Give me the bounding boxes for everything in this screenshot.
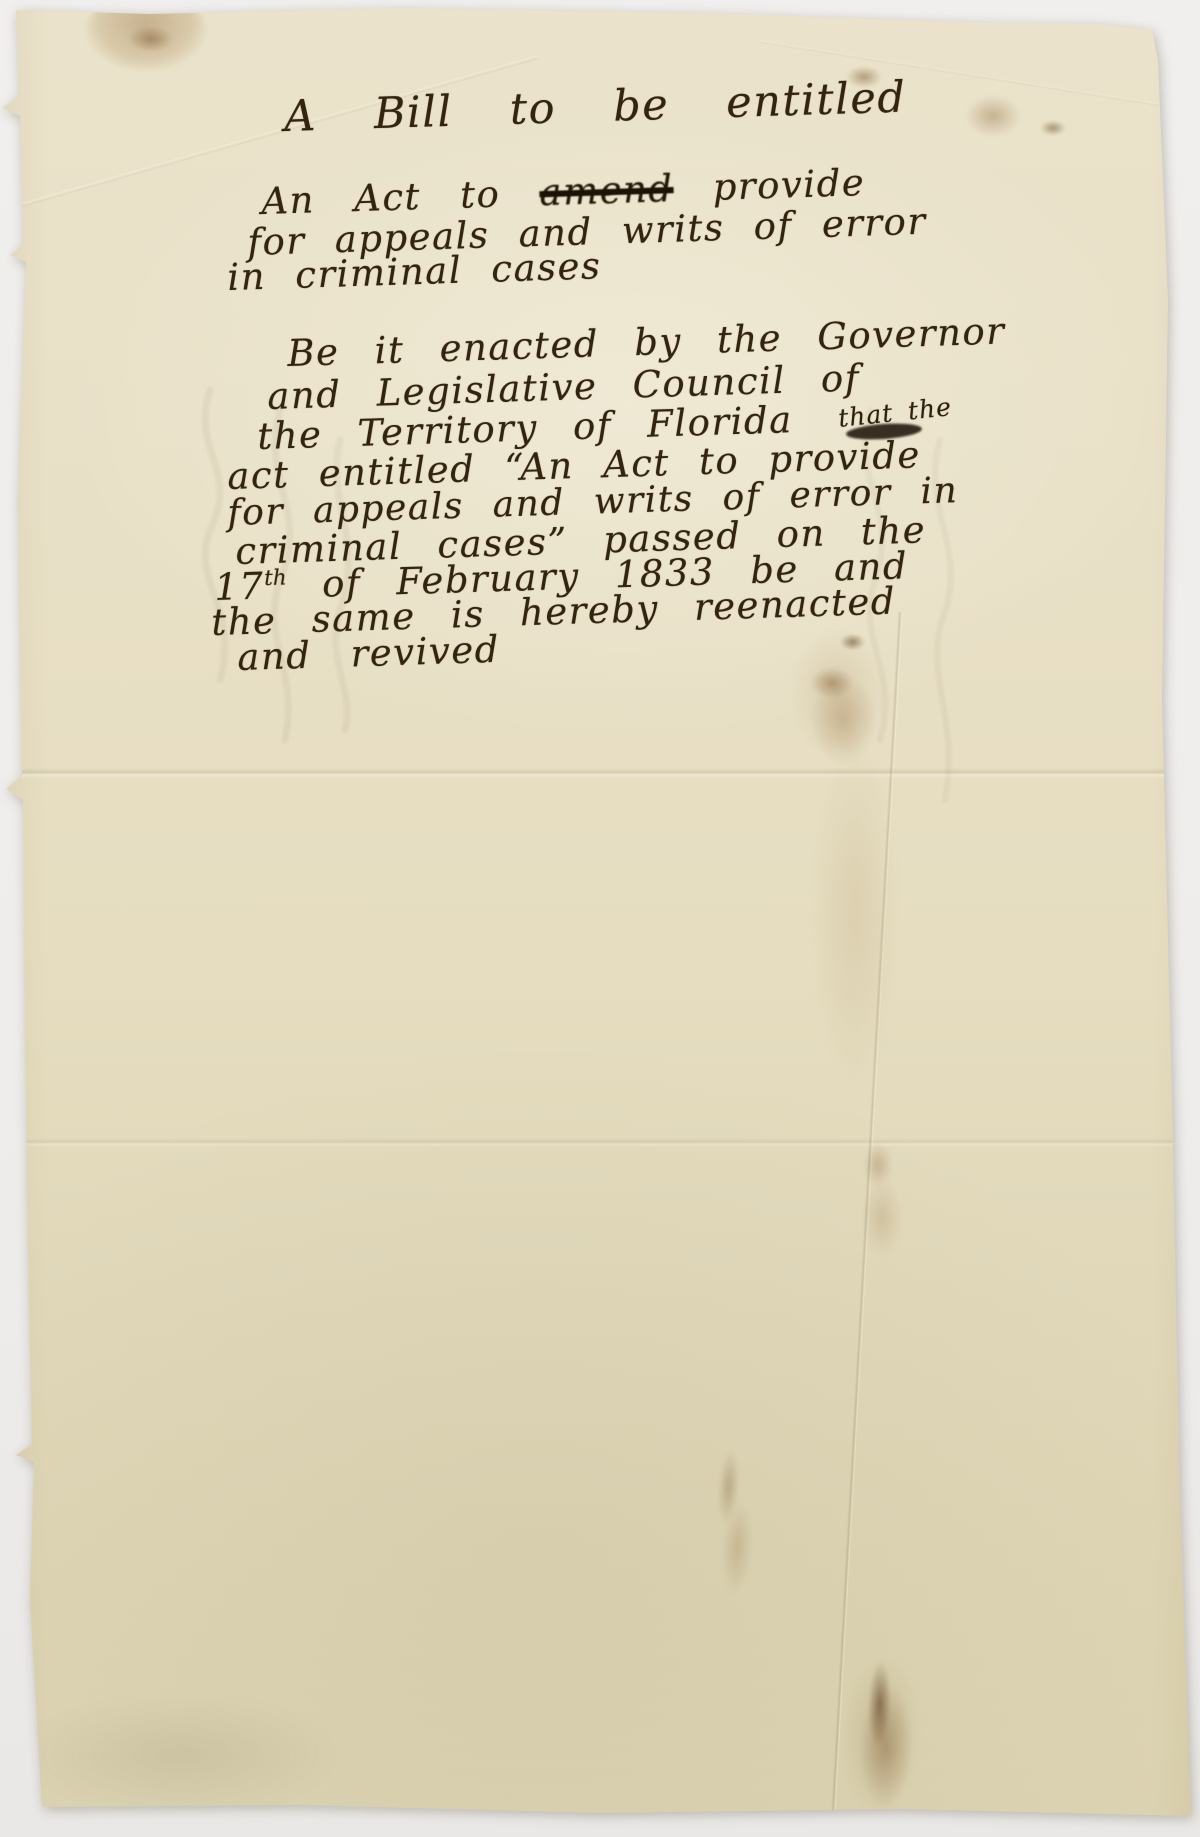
enacting-line-9: and revived <box>237 628 501 679</box>
stain-top-left-dark <box>128 26 174 52</box>
stain-crease-right <box>838 1120 918 1270</box>
horizontal-fold-upper <box>0 768 1200 778</box>
stain-bottom-center <box>682 1425 780 1601</box>
date-ordinal: th <box>264 565 287 591</box>
stain-spot-small <box>1040 120 1066 136</box>
bill-title-line: A Bill to be entitled <box>283 72 907 142</box>
manuscript-scan: A Bill to be entitled An Act to amend pr… <box>0 0 1200 1837</box>
horizontal-fold-lower <box>0 1138 1200 1147</box>
struck-word: amend <box>539 167 674 214</box>
paper-sheet: A Bill to be entitled An Act to amend pr… <box>0 0 1200 1837</box>
paper-sheet-wrap: A Bill to be entitled An Act to amend pr… <box>0 0 1200 1837</box>
shading-bottom-left <box>30 1700 330 1810</box>
stain-spot-upper-right <box>966 96 1020 136</box>
